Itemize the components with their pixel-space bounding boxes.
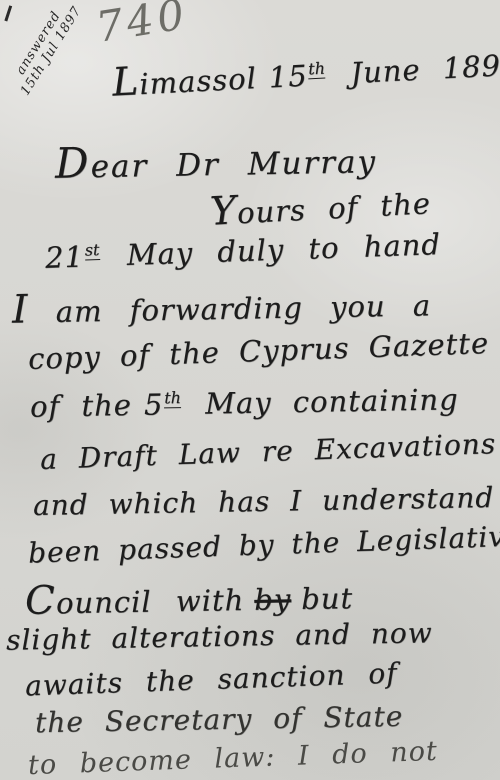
letter-line: slight alterations and now [6,616,433,656]
salutation: Dear Dr Murray [55,133,378,188]
letter-line: and which has I understand [33,481,495,522]
line-day: 5 [144,387,164,421]
letter-line: copy of the Cyprus Gazette [28,326,490,376]
letter-line: 21st May duly to hand [45,227,442,275]
folio-number: 740 [93,0,192,52]
letter-page: answered 15th Jul 1897 740 Limassol15th … [0,0,500,780]
letter-line: Yours of the [209,178,432,234]
letter-line: the Secretary of State [35,700,404,739]
line-rest: May duly to hand [126,227,441,272]
dateline-ordinal: th [308,59,326,80]
letter-line: of the5th May containing [30,382,459,423]
letter-line: Council withbybut [25,573,354,624]
letter-line: I am forwarding you a [12,280,432,332]
line-ordinal: th [164,388,181,408]
line-ordinal: st [84,240,99,260]
dateline-place: Limassol [112,61,258,103]
letter-line: been passed by the Legislative [28,519,500,569]
dateline-day: 15 [268,58,309,94]
line-day: 21 [45,240,85,275]
dateline: Limassol15th June 1897 [111,39,500,105]
line-rest: May containing [205,382,459,420]
letter-line: awaits the sanction of [25,657,399,703]
letter-line: to become law: I do not [28,736,439,780]
letter-line: a Draft Law re Excavations [40,427,497,476]
scan-edge-mark [0,3,12,22]
struck-word: by [254,582,292,617]
archival-note: answered 15th Jul 1897 [0,0,97,119]
dateline-rest: June 1897 [350,47,500,90]
line-pre: of the [30,388,132,424]
line-pre: Council with [25,583,245,621]
line-post: but [301,581,353,616]
